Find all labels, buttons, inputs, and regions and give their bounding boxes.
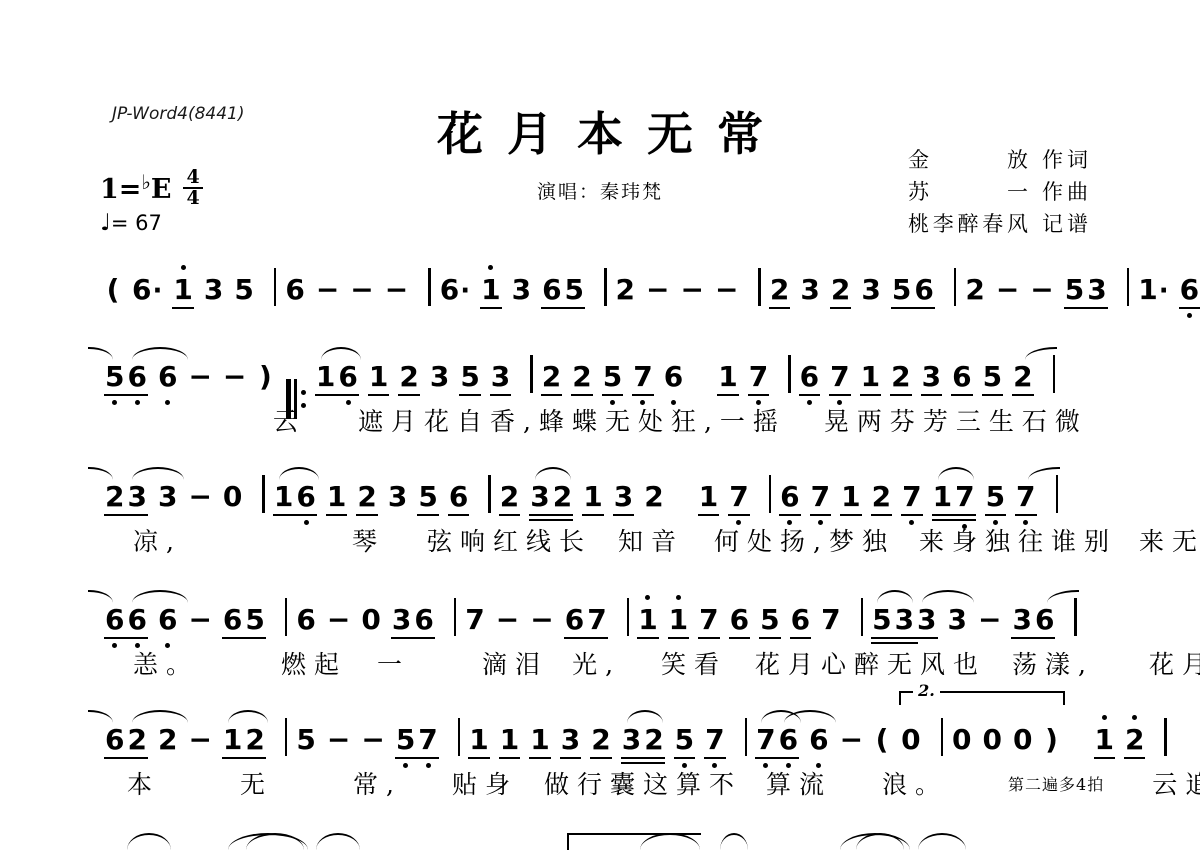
note-token: 7 [633,361,652,393]
key-prefix: 1= [100,174,141,205]
note-glyph: 6 [223,603,242,636]
barline [530,355,533,393]
note-underline [830,307,851,310]
note-glyph: 3 [922,360,941,393]
note-glyph: − [715,273,738,306]
note-token: 2 [616,274,635,306]
note-glyph: 1 [369,360,388,393]
note-glyph: 6 [105,723,124,756]
note-glyph: 7 [811,480,830,513]
note-underline [891,307,915,310]
note-token: 5 [245,604,264,636]
note-glyph: 1 [669,603,688,636]
note-token: ( [105,274,121,306]
note-token: 3 [204,274,223,306]
slur-arc [535,467,571,480]
note-token: 2 [770,274,789,306]
note-token: − [188,604,211,636]
note-token: 3 [392,604,411,636]
note-underline [104,514,128,517]
note-token: 2 [553,481,572,513]
slur-arc [922,590,974,603]
slur-continuation-in [88,590,113,603]
music-line: 666−656−0367−−6711765675333−36恙。燃起一滴泪光,笑… [105,598,1160,703]
partial-slur-arc [720,833,748,850]
lyric-segment: 笑看 [661,645,727,681]
note-token: 7 [749,361,768,393]
note-token: 1 [861,361,880,393]
note-underline [222,757,246,760]
note-underline [356,514,377,517]
credit-name: 苏一 [908,176,1028,208]
lyric-segment: 云 [273,402,306,438]
note-glyph: 2 [105,480,124,513]
note-underline [490,394,511,397]
note-token: 7 [1016,481,1035,513]
note-underline [829,394,850,397]
note-token: 2 [644,481,663,513]
note-underline [126,394,147,397]
note-glyph: 2 [357,480,376,513]
note-underline [468,757,489,760]
note-glyph: 1 [481,273,500,306]
note-token: − [350,274,373,306]
note-token: 5 [296,724,315,756]
note-underline [621,757,645,760]
note-token: 1· [1138,274,1168,307]
barline [941,718,944,756]
note-glyph: 3 [158,480,177,513]
note-token: − [316,274,339,306]
note-token: ( [874,724,890,756]
note-underline [1011,637,1035,640]
note-token: 3 [895,604,914,636]
note-underline [982,394,1003,397]
note-glyph: 1 [274,480,293,513]
note-glyph: 1 [530,723,549,756]
note-underline [499,514,520,517]
note-token: 1 [638,604,657,636]
note-glyph: 1 [841,480,860,513]
meter-numerator: 4 [183,168,202,187]
note-glyph: 1 [1095,723,1114,756]
note-token: 2 [831,274,850,306]
note-glyph: − [1030,273,1053,306]
note-underline [602,394,623,397]
note-underline [729,637,750,640]
note-glyph: 5 [675,723,694,756]
note-token: 6 [809,724,828,756]
note-glyph: 1 [469,723,488,756]
note-underline [779,514,800,517]
note-glyph: 3 [430,360,449,393]
note-underline [571,394,592,397]
note-token: 0 [901,724,920,756]
note-underline [901,514,922,517]
note-token: 2 [127,724,146,756]
note-glyph: 7 [705,723,724,756]
note-token: 5 [1065,274,1084,306]
lyric-segment: 荡漾, [1012,645,1094,681]
note-underline [637,637,658,640]
lyric-segment: 云追 [1152,765,1200,801]
note-underline [368,394,389,397]
time-signature: 44 [183,168,202,208]
note-underline [326,514,347,517]
note-glyph: 5 [892,273,911,306]
note-underline [613,514,634,517]
note-token: 6 [800,361,819,393]
note-token: 1 [274,481,293,513]
note-underline [717,394,738,397]
lyric-segment: 贴身 [452,765,518,801]
note-token: − [530,604,553,636]
note-glyph: − [978,603,1001,636]
note-token: 5 [675,724,694,756]
note-underline [913,307,934,310]
lyric-segment: 来身独往谁别 [919,522,1117,558]
note-underline [840,514,861,517]
note-token: 6 [1035,604,1054,636]
note-glyph: 5 [603,360,622,393]
note-glyph: 7 [821,603,840,636]
note-token: 6 [296,481,315,513]
note-glyph: 5 [1065,273,1084,306]
note-underline [985,514,1006,517]
note-token: 6 [1180,274,1199,306]
note-glyph: − [680,273,703,306]
note-underline [541,394,562,397]
note-token: − [715,274,738,306]
note-token: 3 [622,724,641,756]
barline [604,268,607,306]
note-underline [954,519,975,522]
note-token: 2 [572,361,591,393]
note-token: 3 [614,481,633,513]
note-glyph: 5 [245,603,264,636]
note-underline [529,519,553,522]
note-glyph: ( [107,273,120,306]
note-underline [894,637,918,640]
slur-arc [938,467,974,480]
note-glyph: 3 [388,480,407,513]
slur-arc [132,467,184,480]
note-token: 1 [669,604,688,636]
note-token: − [327,604,350,636]
note-token: − [188,361,211,393]
note-glyph: 6 [158,360,177,393]
note-token: 2 [158,724,177,756]
barline [769,475,772,513]
music-line: 622−125−−57111323257766−(2.0000)12本无常,贴身… [105,718,1160,823]
barline [1053,355,1056,393]
note-underline [459,394,480,397]
note-underline [698,514,719,517]
octave-dot-high [1132,715,1137,720]
note-glyph: 3 [127,480,146,513]
lyric-segment: 琴 [352,522,385,558]
note-token: 1 [327,481,346,513]
note-underline [921,394,942,397]
note-glyph: 5 [983,360,1002,393]
note-glyph: 1 [861,360,880,393]
note-underline [582,514,603,517]
octave-dot-high [181,265,186,270]
note-glyph: 6 [296,480,315,513]
note-glyph: 3 [614,480,633,513]
sheet-music-page: JP-Word4(8441) 花月本无常 演唱：秦玮梵 1=♭E44 ♩= 67… [0,0,1200,850]
volta-group: 2.0000) [901,718,1070,756]
lyric-segment: 常, [353,765,402,801]
note-underline [391,637,415,640]
note-glyph: 6 [542,273,561,306]
note-token: 7 [705,724,724,756]
note-token: 6 [414,604,433,636]
note-glyph: 1 [638,603,657,636]
note-token: 6 [127,604,146,636]
note-token: 1 [481,274,500,306]
note-token: 1 [316,361,335,393]
note-token: 6 [780,481,799,513]
note-glyph: − [188,480,211,513]
note-glyph: 2 [245,723,264,756]
note-token: 2 [500,481,519,513]
note-token: 5 [892,274,911,306]
repeat-dot [301,390,306,395]
note-underline [564,307,585,310]
octave-dot-high [645,595,650,600]
note-token: 6 [105,724,124,756]
note-token: 1 [583,481,602,513]
slur-arc [228,710,268,723]
note-underline [778,757,799,760]
lyric-segment: 遮月花自香,蜂蝶无处狂,一摇 [358,402,786,438]
note-underline [244,637,265,640]
note-token: 7 [729,481,748,513]
note-glyph: 0 [901,723,920,756]
note-glyph: − [996,273,1019,306]
lyric-row: 云遮月花自香,蜂蝶无处狂,一摇晃两芬芳三生石微 [105,402,1088,438]
note-token: 3 [127,481,146,513]
flat-icon: ♭ [141,170,150,194]
slur-arc [279,467,319,480]
note-glyph: 5 [418,480,437,513]
lyric-segment: 弦响红线长 [427,522,592,558]
note-token: 2 [644,724,663,756]
note-glyph: 6 [779,723,798,756]
note-token: − [496,604,519,636]
note-token: 5 [105,361,124,393]
note-token: 2 [105,481,124,513]
note-glyph: 6 [158,603,177,636]
barline [285,598,288,636]
lyric-segment: 花月 [1149,645,1200,681]
note-token: 7 [811,481,830,513]
note-token: 1 [469,724,488,756]
key-signature: 1=♭E44 [100,168,203,208]
note-row: 666−656−0367−−6711765675333−36 [105,598,1160,636]
lyric-segment: 做行囊这算不 [544,765,742,801]
key-letter: E [151,174,172,205]
note-glyph: 7 [749,360,768,393]
note-underline [871,642,895,645]
note-glyph: − [646,273,669,306]
note-glyph: 3 [861,273,880,306]
note-underline [590,757,611,760]
note-glyph: − [188,603,211,636]
note-token: 6 [449,481,468,513]
note-glyph: 6 [809,723,828,756]
note-glyph: 2 [572,360,591,393]
credit-transcriber: 桃李醉春风 记谱 [908,208,1092,240]
barline [954,268,957,306]
lyric-segment: 晃两芬芳三生石微 [824,402,1088,438]
credit-role: 作曲 [1042,176,1092,208]
note-glyph: 3 [1087,273,1106,306]
tempo-value: = 67 [111,211,162,235]
note-token: 5 [460,361,479,393]
note-underline [541,307,565,310]
note-glyph: 6 [132,273,151,306]
octave-dot-high [488,265,493,270]
note-token: 2 [872,481,891,513]
note-underline [728,514,749,517]
note-token: 5 [872,604,891,636]
note-token: 3 [861,274,880,306]
note-token: 5 [234,274,253,306]
note-underline [621,762,645,765]
note-token: 6 [158,361,177,393]
note-glyph: 7 [729,480,748,513]
note-token: − [385,274,408,306]
note-glyph: 6 [105,603,124,636]
volta-label: 2. [913,682,940,700]
note-token: 5 [986,481,1005,513]
note-underline [395,757,419,760]
note-glyph: 2 [542,360,561,393]
slur-continuation-out [1028,467,1060,480]
note-glyph: 2 [891,360,910,393]
note-underline [1179,307,1200,310]
note-token: 3 [1087,274,1106,306]
lyric-segment: 滴泪 [482,645,548,681]
note-token: 7 [465,604,484,636]
note-glyph: 2 [965,273,984,306]
note-token: 1 [699,481,718,513]
note-token: 6 [542,274,561,306]
quarter-note-icon: ♩ [100,210,111,236]
note-glyph: 0 [361,603,380,636]
note-glyph: − [361,723,384,756]
performance-note: 第二遍多4拍 [1008,772,1104,795]
note-token: 5 [760,604,779,636]
note-underline [810,514,831,517]
note-token: 0 [361,604,380,636]
note-glyph: 5 [396,723,415,756]
note-glyph: 6 [1035,603,1054,636]
note-token: − [361,724,384,756]
note-underline [560,757,581,760]
note-token: 7 [587,604,606,636]
note-token: 3 [158,481,177,513]
note-glyph: 5 [234,273,253,306]
augmentation-dot: · [460,276,470,306]
note-token: 6 [296,604,315,636]
slur-arc [627,710,663,723]
note-underline [704,757,725,760]
note-underline [1064,307,1088,310]
note-glyph: 3 [622,723,641,756]
note-token: 0 [983,724,1002,756]
meter-denominator: 4 [183,187,202,208]
note-underline [698,637,719,640]
barline [458,718,461,756]
note-token: 3 [800,274,819,306]
note-token: 1 [530,724,549,756]
note-glyph: 5 [565,273,584,306]
augmentation-dot: · [1159,276,1169,306]
note-glyph: 6 [449,480,468,513]
note-token: − [1030,274,1053,306]
note-glyph: ) [1045,723,1058,756]
note-glyph: 1 [699,480,718,513]
note-token: − [646,274,669,306]
note-underline [104,757,128,760]
note-glyph: 7 [465,603,484,636]
lyric-segment: 浪。 [882,765,948,801]
note-glyph: 0 [983,723,1002,756]
note-underline [1012,394,1033,397]
note-glyph: 3 [530,480,549,513]
note-glyph: 2 [553,480,572,513]
note-underline [126,637,147,640]
credit-name: 金放 [908,144,1028,176]
note-glyph: − [840,723,863,756]
note-glyph: 2 [644,723,663,756]
note-underline [126,757,147,760]
note-glyph: 6 [296,603,315,636]
note-glyph: 1 [718,360,737,393]
note-token: 2 [1125,724,1144,756]
credit-composer: 苏一 作曲 [908,176,1092,208]
note-glyph: 3 [561,723,580,756]
note-glyph: 3 [948,603,967,636]
note-token: 6 [779,724,798,756]
slur-arc [877,590,913,603]
note-token: 1 [369,361,388,393]
lyric-segment: 算流 [766,765,832,801]
note-token: 2 [357,481,376,513]
note-glyph: 2 [500,480,519,513]
note-underline [1094,757,1115,760]
note-underline [1086,307,1107,310]
note-token: − [996,274,1019,306]
note-underline [790,637,811,640]
note-underline [172,307,193,310]
note-underline [632,394,653,397]
note-token: 3 [388,481,407,513]
note-underline [668,637,689,640]
note-underline [104,394,128,397]
note-underline [1034,637,1055,640]
note-token: 7 [756,724,775,756]
note-glyph: 3 [392,603,411,636]
note-glyph: 6 [440,273,459,306]
note-glyph: 2 [591,723,610,756]
note-underline [417,757,438,760]
note-glyph: 0 [952,723,971,756]
note-token: 6 [730,604,749,636]
